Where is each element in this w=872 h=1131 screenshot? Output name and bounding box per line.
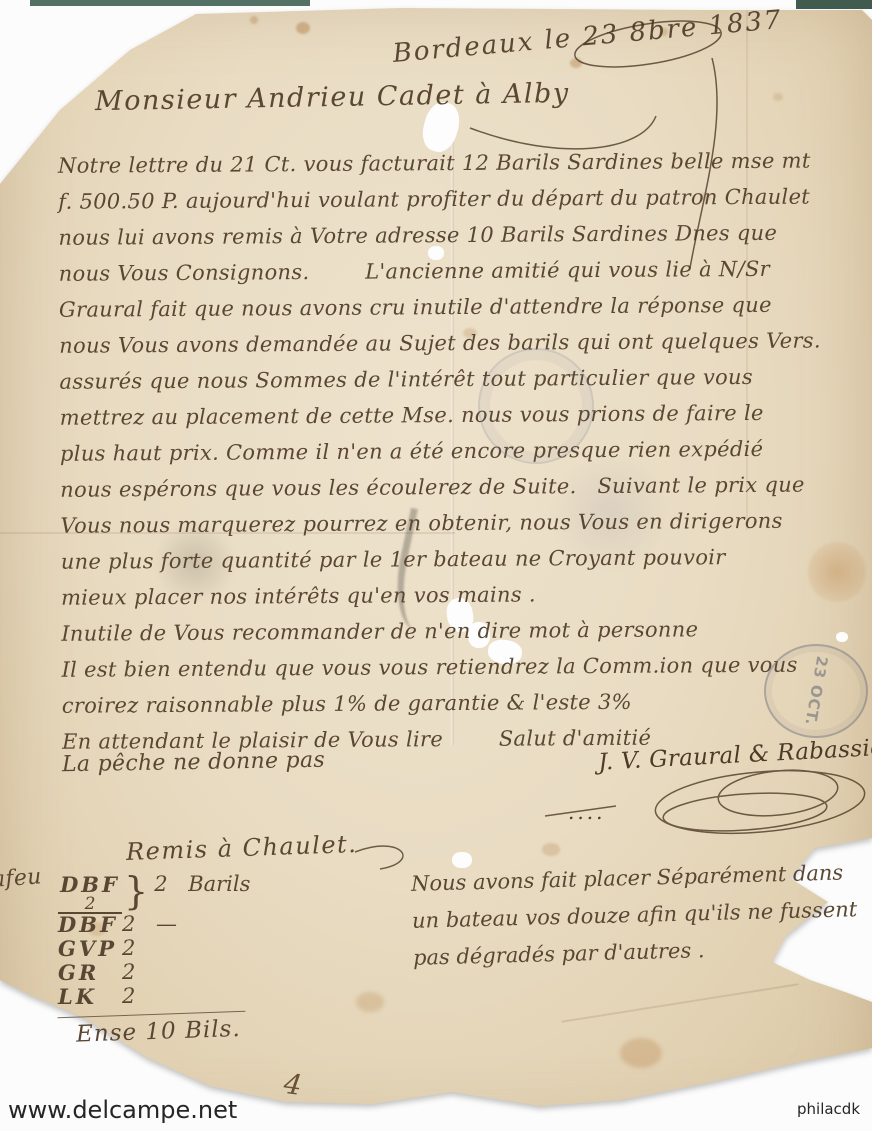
brace-glyph: } — [124, 872, 148, 910]
stain-spot — [250, 16, 258, 24]
body-line: Inutile de Vous recommander de n'en dire… — [61, 610, 861, 652]
body-line: une plus forte quantité par le 1er batea… — [61, 538, 861, 580]
signature-dots: .... — [568, 800, 605, 824]
postmark-text: 23 OCT. — [801, 655, 831, 728]
body-line: plus haut prix. Comme il n'en a été enco… — [60, 430, 860, 472]
tally-fraction: DBF 2 — [58, 872, 122, 914]
tally-row: LK 2 — [58, 984, 250, 1008]
stain-spot — [80, 28, 98, 42]
body-line: nous lui avons remis à Votre adresse 10 … — [58, 214, 858, 256]
postscript-note: Nous avons fait placer Séparément dans u… — [411, 854, 859, 977]
margin-word: afeu — [0, 864, 42, 892]
tally-row: DBF 2 } 2 Barils — [58, 872, 250, 912]
stain-spot — [570, 58, 582, 68]
stain-spot — [356, 992, 384, 1012]
tally-total: Ense 10 Bils. — [58, 1011, 247, 1049]
body-line: mieux placer nos intérêts qu'en vos main… — [61, 574, 861, 616]
letter-scan: Bordeaux le 23 8bre 1837 Monsieur Andrie… — [0, 0, 872, 1131]
body-line: croirez raisonnable plus 1% de garantie … — [62, 682, 862, 724]
body-line: f. 500.50 P. aujourd'hui voulant profite… — [58, 178, 858, 220]
body-line: Notre lettre du 21 Ct. vous facturait 12… — [58, 142, 858, 184]
watermark-philacdk: philacdk — [797, 1100, 860, 1118]
tally-row: GR 2 — [58, 960, 250, 984]
scan-edge-strip — [796, 0, 872, 9]
letter-body: Notre lettre du 21 Ct. vous facturait 12… — [58, 142, 862, 760]
watermark-delcampe: www.delcampe.net — [8, 1096, 237, 1124]
aside-note: La pêche ne donne pas — [62, 748, 325, 778]
stain-spot — [542, 843, 560, 856]
fold-crease — [561, 983, 798, 1023]
body-line: Graural fait que nous avons cru inutile … — [59, 286, 859, 328]
body-line: assurés que nous Sommes de l'intérêt tou… — [59, 358, 859, 400]
scan-edge-strip — [30, 0, 310, 6]
tally-row: DBF 2 — — [58, 912, 250, 936]
postmark-stamp: 23 OCT. — [764, 644, 868, 738]
body-line: mettrez au placement de cette Mse. nous … — [60, 394, 860, 436]
tally-row: GVP 2 — [58, 936, 250, 960]
body-line: Vous nous marquerez pourrez en obtenir, … — [60, 502, 860, 544]
body-line: nous Vous Consignons. L'ancienne amitié … — [59, 250, 859, 292]
ghost-postmark — [478, 348, 594, 464]
stain-spot — [620, 1038, 662, 1068]
body-line: nous espérons que vous les écoulerez de … — [60, 466, 860, 508]
stain-spot — [773, 93, 783, 101]
shipment-tally: DBF 2 } 2 Barils DBF 2 — GVP 2 GR 2 LK 2… — [58, 872, 250, 1045]
stain-spot — [296, 22, 310, 34]
body-line: Il est bien entendu que vous vous retien… — [61, 646, 861, 688]
body-line: nous Vous avons demandée au Sujet des ba… — [59, 322, 859, 364]
